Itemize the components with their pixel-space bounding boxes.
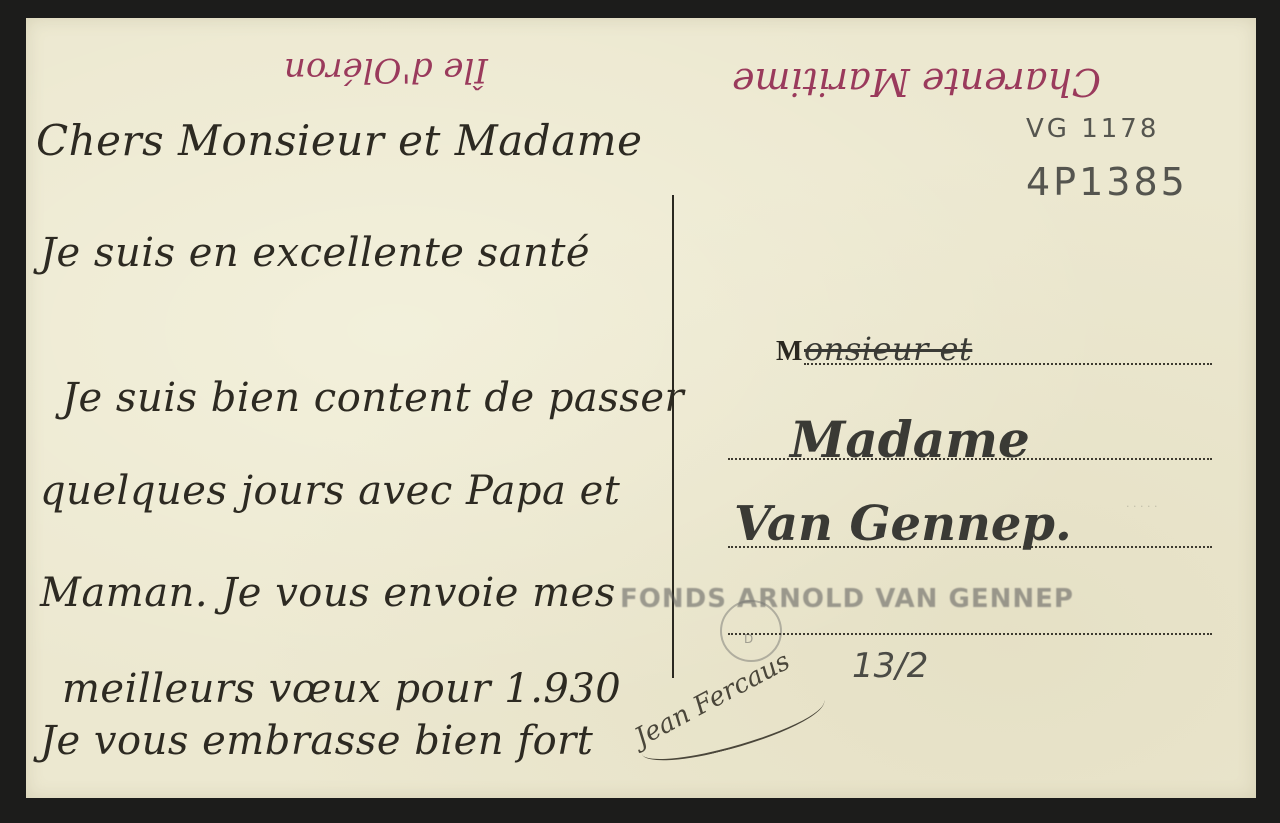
- message-line-4: quelques jours avec Papa et: [40, 468, 620, 514]
- message-line-2: Je suis en excellente santé: [40, 230, 590, 276]
- address-line-1: [804, 363, 1212, 365]
- red-annotation-ile-doleron: Île d'Oléron: [284, 50, 488, 90]
- faint-printed-text: · · · · ·: [1126, 500, 1157, 513]
- message-line-6: meilleurs vœux pour 1.930: [62, 666, 621, 712]
- message-line-5: Maman. Je vous envoie mes: [40, 570, 616, 616]
- address-line-3: [728, 546, 1212, 548]
- collection-stamp: FONDS ARNOLD VAN GENNEP: [620, 584, 1074, 614]
- postmark-circle: D: [720, 600, 782, 662]
- pencil-ref-4p: 4P1385: [1026, 160, 1188, 204]
- address-line-4: [728, 633, 1212, 635]
- message-line-1: Chers Monsieur et Madame: [36, 116, 642, 165]
- postcard: Île d'Oléron Charente Maritime VG 1178 4…: [26, 18, 1256, 798]
- pencil-number: 13/2: [852, 646, 928, 686]
- red-annotation-charente-maritime: Charente Maritime: [732, 60, 1101, 104]
- printed-m-prefix: M: [776, 336, 802, 368]
- message-line-3: Je suis bien content de passer: [62, 375, 684, 421]
- address-line-2: [728, 458, 1212, 460]
- pencil-ref-vg: VG 1178: [1026, 114, 1159, 144]
- message-line-7: Je vous embrasse bien fort: [40, 718, 593, 764]
- address-madame: Madame: [790, 410, 1030, 469]
- address-van-gennep: Van Gennep.: [734, 496, 1072, 552]
